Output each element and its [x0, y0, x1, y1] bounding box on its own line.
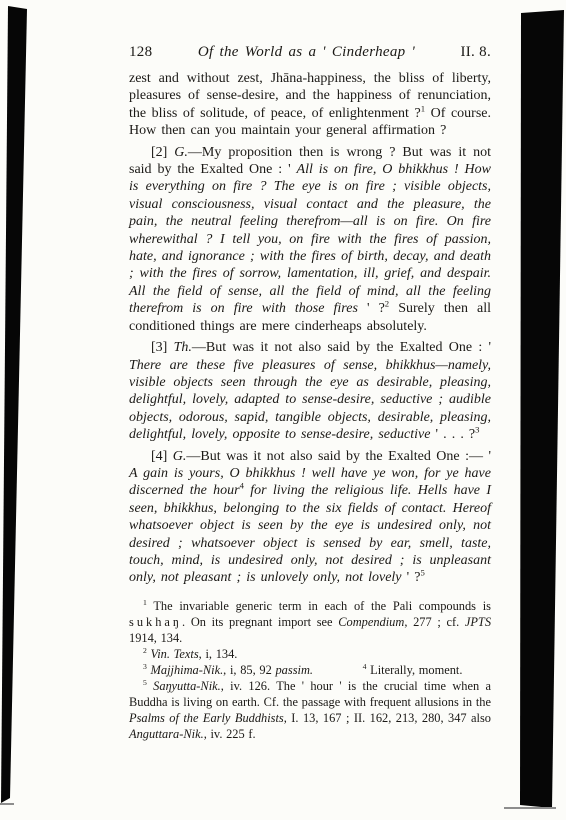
text-segment: ' ?	[402, 570, 421, 585]
text-segment: Th.	[174, 340, 192, 355]
footnote-reference: 5	[420, 568, 424, 578]
body-paragraph-1: zest and without zest, Jhāna-happiness, …	[129, 70, 491, 140]
text-segment: The invariable generic term in each of t…	[147, 599, 491, 613]
scan-smudge-right	[504, 807, 556, 809]
text-segment: passim.	[275, 663, 313, 677]
text-segment: JPTS	[465, 615, 491, 629]
text-segment: sukhaŋ	[129, 615, 182, 629]
text-segment: Saŋyutta-Nik.	[153, 679, 221, 693]
body-text: zest and without zest, Jhāna-happiness, …	[129, 70, 491, 587]
running-title: Of the World as a ' Cinderheap '	[198, 44, 415, 61]
body-paragraph-2: [2] G.—My proposition then is wrong ? Bu…	[129, 144, 491, 335]
text-segment: , i, 134.	[199, 647, 238, 661]
text-segment: All is on fire, O bhikkhus ! How is ever…	[129, 162, 491, 316]
book-page-scan: 128 Of the World as a ' Cinderheap ' II.…	[0, 0, 566, 820]
footnote-3-4: 3 Majjhima-Nik., i, 85, 92 passim. 4 Lit…	[129, 662, 491, 678]
text-segment: —But was it not also said by the Exalted…	[192, 340, 491, 355]
text-segment: G.	[173, 449, 187, 464]
text-segment: Psalms of the Early Buddhists	[129, 711, 284, 725]
text-segment: Majjhima-Nik.	[151, 663, 224, 677]
text-segment: 1914, 134.	[129, 631, 182, 645]
footnotes: 1 The invariable generic term in each of…	[129, 598, 491, 742]
scan-edge-shadow-right	[518, 10, 566, 810]
text-segment: for living the religious life. Hells hav…	[129, 483, 491, 585]
text-segment: Anguttara-Nik.	[129, 727, 204, 741]
footnote-5: 5 Saŋyutta-Nik., iv. 126. The ' hour ' i…	[129, 678, 491, 742]
text-segment: , I. 13, 167 ; II. 162, 213, 280, 347 al…	[284, 711, 491, 725]
footnote-2: 2 Vin. Texts, i, 134.	[129, 646, 491, 662]
text-segment: [2]	[151, 145, 174, 160]
running-header: 128 Of the World as a ' Cinderheap ' II.…	[129, 44, 491, 61]
text-segment: Vin. Texts	[151, 647, 199, 661]
scan-gutter-shadow-left	[0, 6, 28, 804]
text-segment: G.	[174, 145, 188, 160]
section-number: II. 8.	[460, 44, 491, 61]
text-segment: Compendium	[338, 615, 404, 629]
text-segment: . On its pregnant import see	[182, 615, 338, 629]
footnote-reference: 3	[475, 424, 479, 434]
text-segment: , 277 ; cf.	[404, 615, 465, 629]
text-segment: ' ?	[358, 301, 385, 316]
page-number: 128	[129, 44, 152, 61]
scan-smudge-left	[0, 803, 14, 805]
text-segment: [3]	[151, 340, 174, 355]
text-segment: ' . . . ?	[430, 427, 475, 442]
text-segment: —But was it not also said by the Exalted…	[186, 449, 491, 464]
body-paragraph-4: [4] G.—But was it not also said by the E…	[129, 448, 491, 587]
footnote-1: 1 The invariable generic term in each of…	[129, 598, 491, 646]
text-segment: Literally, moment.	[366, 663, 462, 677]
text-segment	[313, 663, 363, 677]
text-segment: , i, 85, 92	[223, 663, 275, 677]
text-segment: , iv. 225 f.	[204, 727, 256, 741]
body-paragraph-3: [3] Th.—But was it not also said by the …	[129, 339, 491, 443]
page-content: 128 Of the World as a ' Cinderheap ' II.…	[129, 44, 491, 742]
text-segment: [4]	[151, 449, 173, 464]
